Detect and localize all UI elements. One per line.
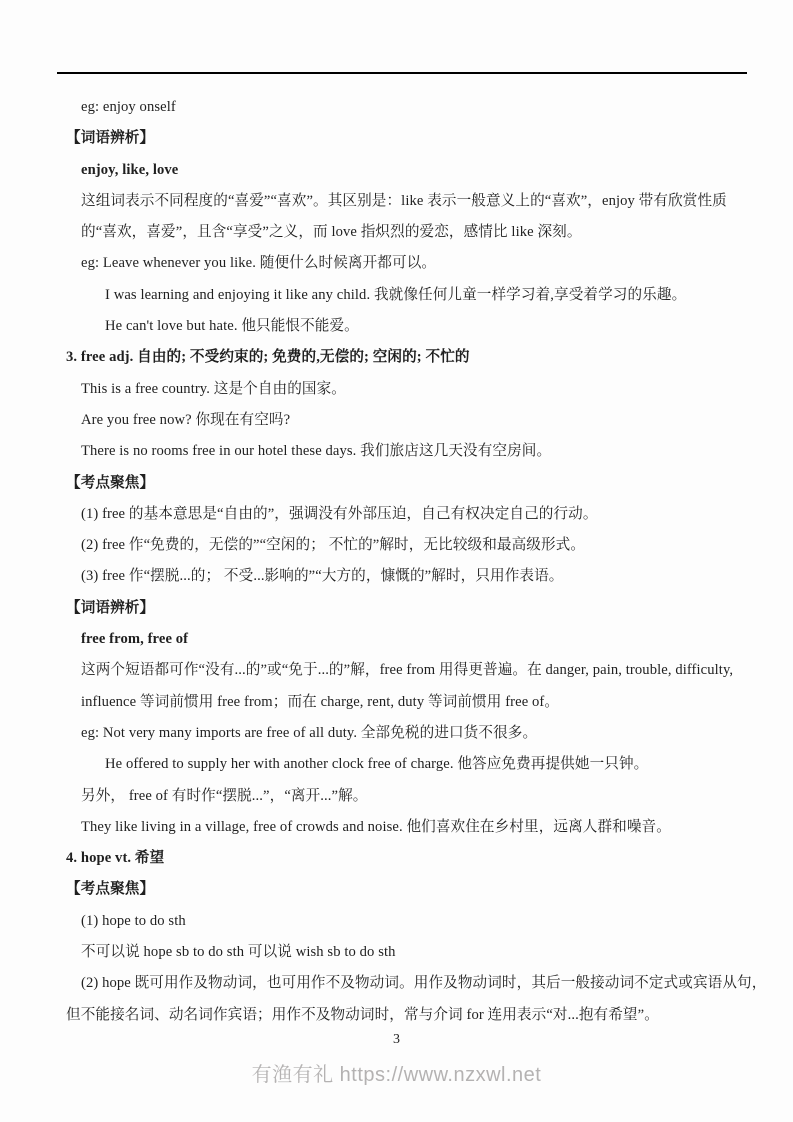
text-line: Are you free now? 你现在有空吗?	[0, 405, 793, 436]
text-line: 这两个短语都可作“没有...的”或“免于...的”解，free from 用得更…	[0, 655, 793, 686]
document-lines: eg: enjoy onself【词语辨析】enjoy, like, love这…	[0, 92, 793, 1031]
text-line: eg: enjoy onself	[0, 92, 793, 123]
heading-line: 3. free adj. 自由的; 不受约束的; 免费的,无偿的; 空闲的; 不…	[0, 342, 793, 373]
text-line: 不可以说 hope sb to do sth 可以说 wish sb to do…	[0, 937, 793, 968]
text-line: eg: Leave whenever you like. 随便什么时候离开都可以…	[0, 248, 793, 279]
text-line: This is a free country. 这是个自由的国家。	[0, 374, 793, 405]
text-line: (2) hope 既可用作及物动词，也可用作不及物动词。用作及物动词时，其后一般…	[0, 968, 793, 999]
text-line: influence 等词前惯用 free from；而在 charge, ren…	[0, 687, 793, 718]
heading-line: 【词语辨析】	[0, 593, 793, 624]
heading-line: 4. hope vt. 希望	[0, 843, 793, 874]
text-line: (3) free 作“摆脱...的； 不受...影响的”“大方的，慷慨的”解时，…	[0, 561, 793, 592]
text-line: 的“喜欢，喜爱”，且含“享受”之义，而 love 指炽烈的爱恋，感情比 like…	[0, 217, 793, 248]
text-line: 另外， free of 有时作“摆脱...”，“离开...”解。	[0, 781, 793, 812]
text-line: eg: Not very many imports are free of al…	[0, 718, 793, 749]
heading-line: 【词语辨析】	[0, 123, 793, 154]
site-footer-watermark: 有渔有礼 https://www.nzxwl.net	[0, 1058, 793, 1087]
text-line: He offered to supply her with another cl…	[0, 749, 793, 780]
heading-line: 【考点聚焦】	[0, 874, 793, 905]
text-line: 这组词表示不同程度的“喜爱”“喜欢”。其区别是：like 表示一般意义上的“喜欢…	[0, 186, 793, 217]
text-line: I was learning and enjoying it like any …	[0, 280, 793, 311]
text-line: He can't love but hate. 他只能恨不能爱。	[0, 311, 793, 342]
document-page: eg: enjoy onself【词语辨析】enjoy, like, love这…	[0, 0, 793, 1122]
heading-line: enjoy, like, love	[0, 155, 793, 186]
text-line: There is no rooms free in our hotel thes…	[0, 436, 793, 467]
text-line: (2) free 作“免费的，无偿的”“空闲的； 不忙的”解时，无比较级和最高级…	[0, 530, 793, 561]
heading-line: 【考点聚焦】	[0, 468, 793, 499]
text-line: (1) free 的基本意思是“自由的”，强调没有外部压迫，自己有权决定自己的行…	[0, 499, 793, 530]
text-line: (1) hope to do sth	[0, 906, 793, 937]
header-rule	[57, 72, 747, 74]
heading-line: free from, free of	[0, 624, 793, 655]
page-number: 3	[0, 1032, 793, 1048]
text-line: 但不能接名词、动名词作宾语；用作不及物动词时，常与介词 for 连用表示“对..…	[0, 1000, 793, 1031]
text-line: They like living in a village, free of c…	[0, 812, 793, 843]
